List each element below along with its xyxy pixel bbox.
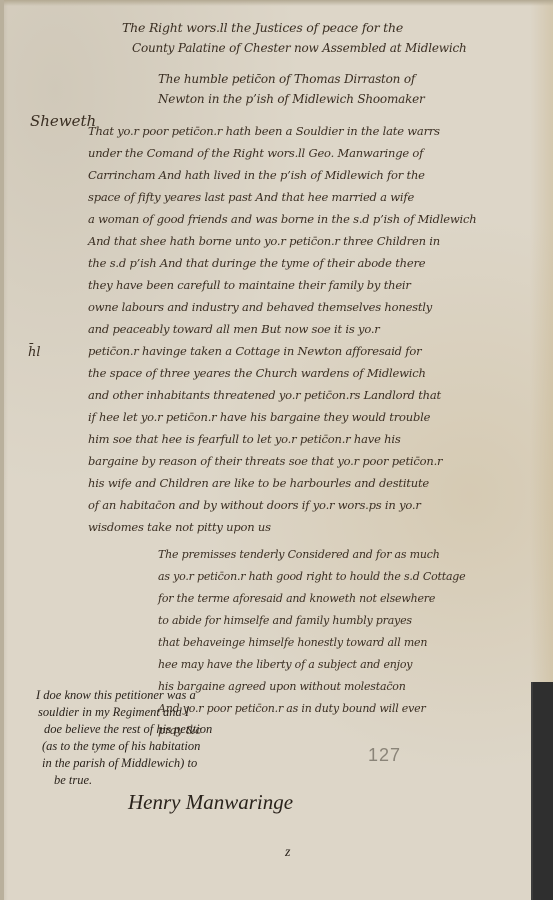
page-left-edge [0, 0, 4, 900]
body-line: a woman of good friends and was borne in… [88, 212, 476, 226]
prayer-line: And yo.r poor petic̄on.r as in duty boun… [158, 702, 426, 715]
body-line: the s.d p’ish And that duringe the tyme … [88, 256, 425, 270]
endorsement-line: be true. [54, 773, 92, 788]
endorsement-line: I doe know this petitioner was a [36, 688, 196, 703]
title-line: Newton in the p’ish of Midlewich Shoomak… [158, 92, 425, 106]
endorsement-line: doe believe the rest of his petition [44, 722, 212, 737]
address-line: The Right wors.ll the Justices of peace … [122, 20, 403, 35]
body-line: wisdomes take not pitty upon us [88, 520, 271, 534]
address-line: County Palatine of Chester now Assembled… [132, 41, 467, 55]
body-line: if hee let yo.r petic̄on.r have his barg… [88, 410, 430, 424]
body-line: owne labours and industry and behaved th… [88, 300, 432, 314]
prayer-line: that behaveinge himselfe honestly toward… [158, 636, 427, 649]
body-line: him soe that hee is fearfull to let yo.r… [88, 432, 401, 446]
body-line: and peaceably toward all men But now soe… [88, 322, 380, 336]
body-line: space of fifty yeares last past And that… [88, 190, 414, 204]
endorsement-line: souldier in my Regiment and I [38, 705, 189, 720]
prayer-line: as yo.r petic̄on.r hath good right to ho… [158, 570, 465, 583]
prayer-line: hee may have the liberty of a subject an… [158, 658, 412, 671]
signature: Henry Manwaringe [128, 790, 293, 815]
folio-number: 127 [368, 745, 401, 766]
body-line: of an habitac̄on and by without doors if… [88, 498, 421, 512]
body-line: And that shee hath borne unto yo.r petic… [88, 234, 440, 248]
margin-mark: h̄l [28, 345, 41, 360]
body-line: they have been carefull to maintaine the… [88, 278, 411, 292]
body-line: his wife and Children are like to be har… [88, 476, 429, 490]
title-line: The humble petic̄on of Thomas Dirraston … [158, 72, 415, 86]
page-top-edge [0, 0, 553, 6]
manuscript-page: The Right wors.ll the Justices of peace … [0, 0, 553, 900]
body-line: under the Comand of the Right wors.ll Ge… [88, 146, 423, 160]
body-line: Carrincham And hath lived in the p’ish o… [88, 168, 425, 182]
endorsement-line: (as to the tyme of his habitation [42, 739, 200, 754]
endorsement-line: in the parish of Middlewich) to [42, 756, 197, 771]
sheweth-heading: Sheweth [30, 112, 96, 130]
prayer-line: to abide for himselfe and family humbly … [158, 614, 412, 627]
prayer-line: The premisses tenderly Considered and fo… [158, 548, 440, 561]
body-line: bargaine by reason of their threats soe … [88, 454, 442, 468]
body-line: the space of three yeares the Church war… [88, 366, 426, 380]
body-line: That yo.r poor petic̄on.r hath been a So… [88, 124, 440, 138]
prayer-line: for the terme aforesaid and knoweth not … [158, 592, 435, 605]
body-line: and other inhabitants threatened yo.r pe… [88, 388, 441, 402]
body-line: petic̄on.r havinge taken a Cottage in Ne… [88, 344, 421, 358]
binding-strip [531, 682, 553, 900]
signature-flourish: z [285, 845, 290, 861]
